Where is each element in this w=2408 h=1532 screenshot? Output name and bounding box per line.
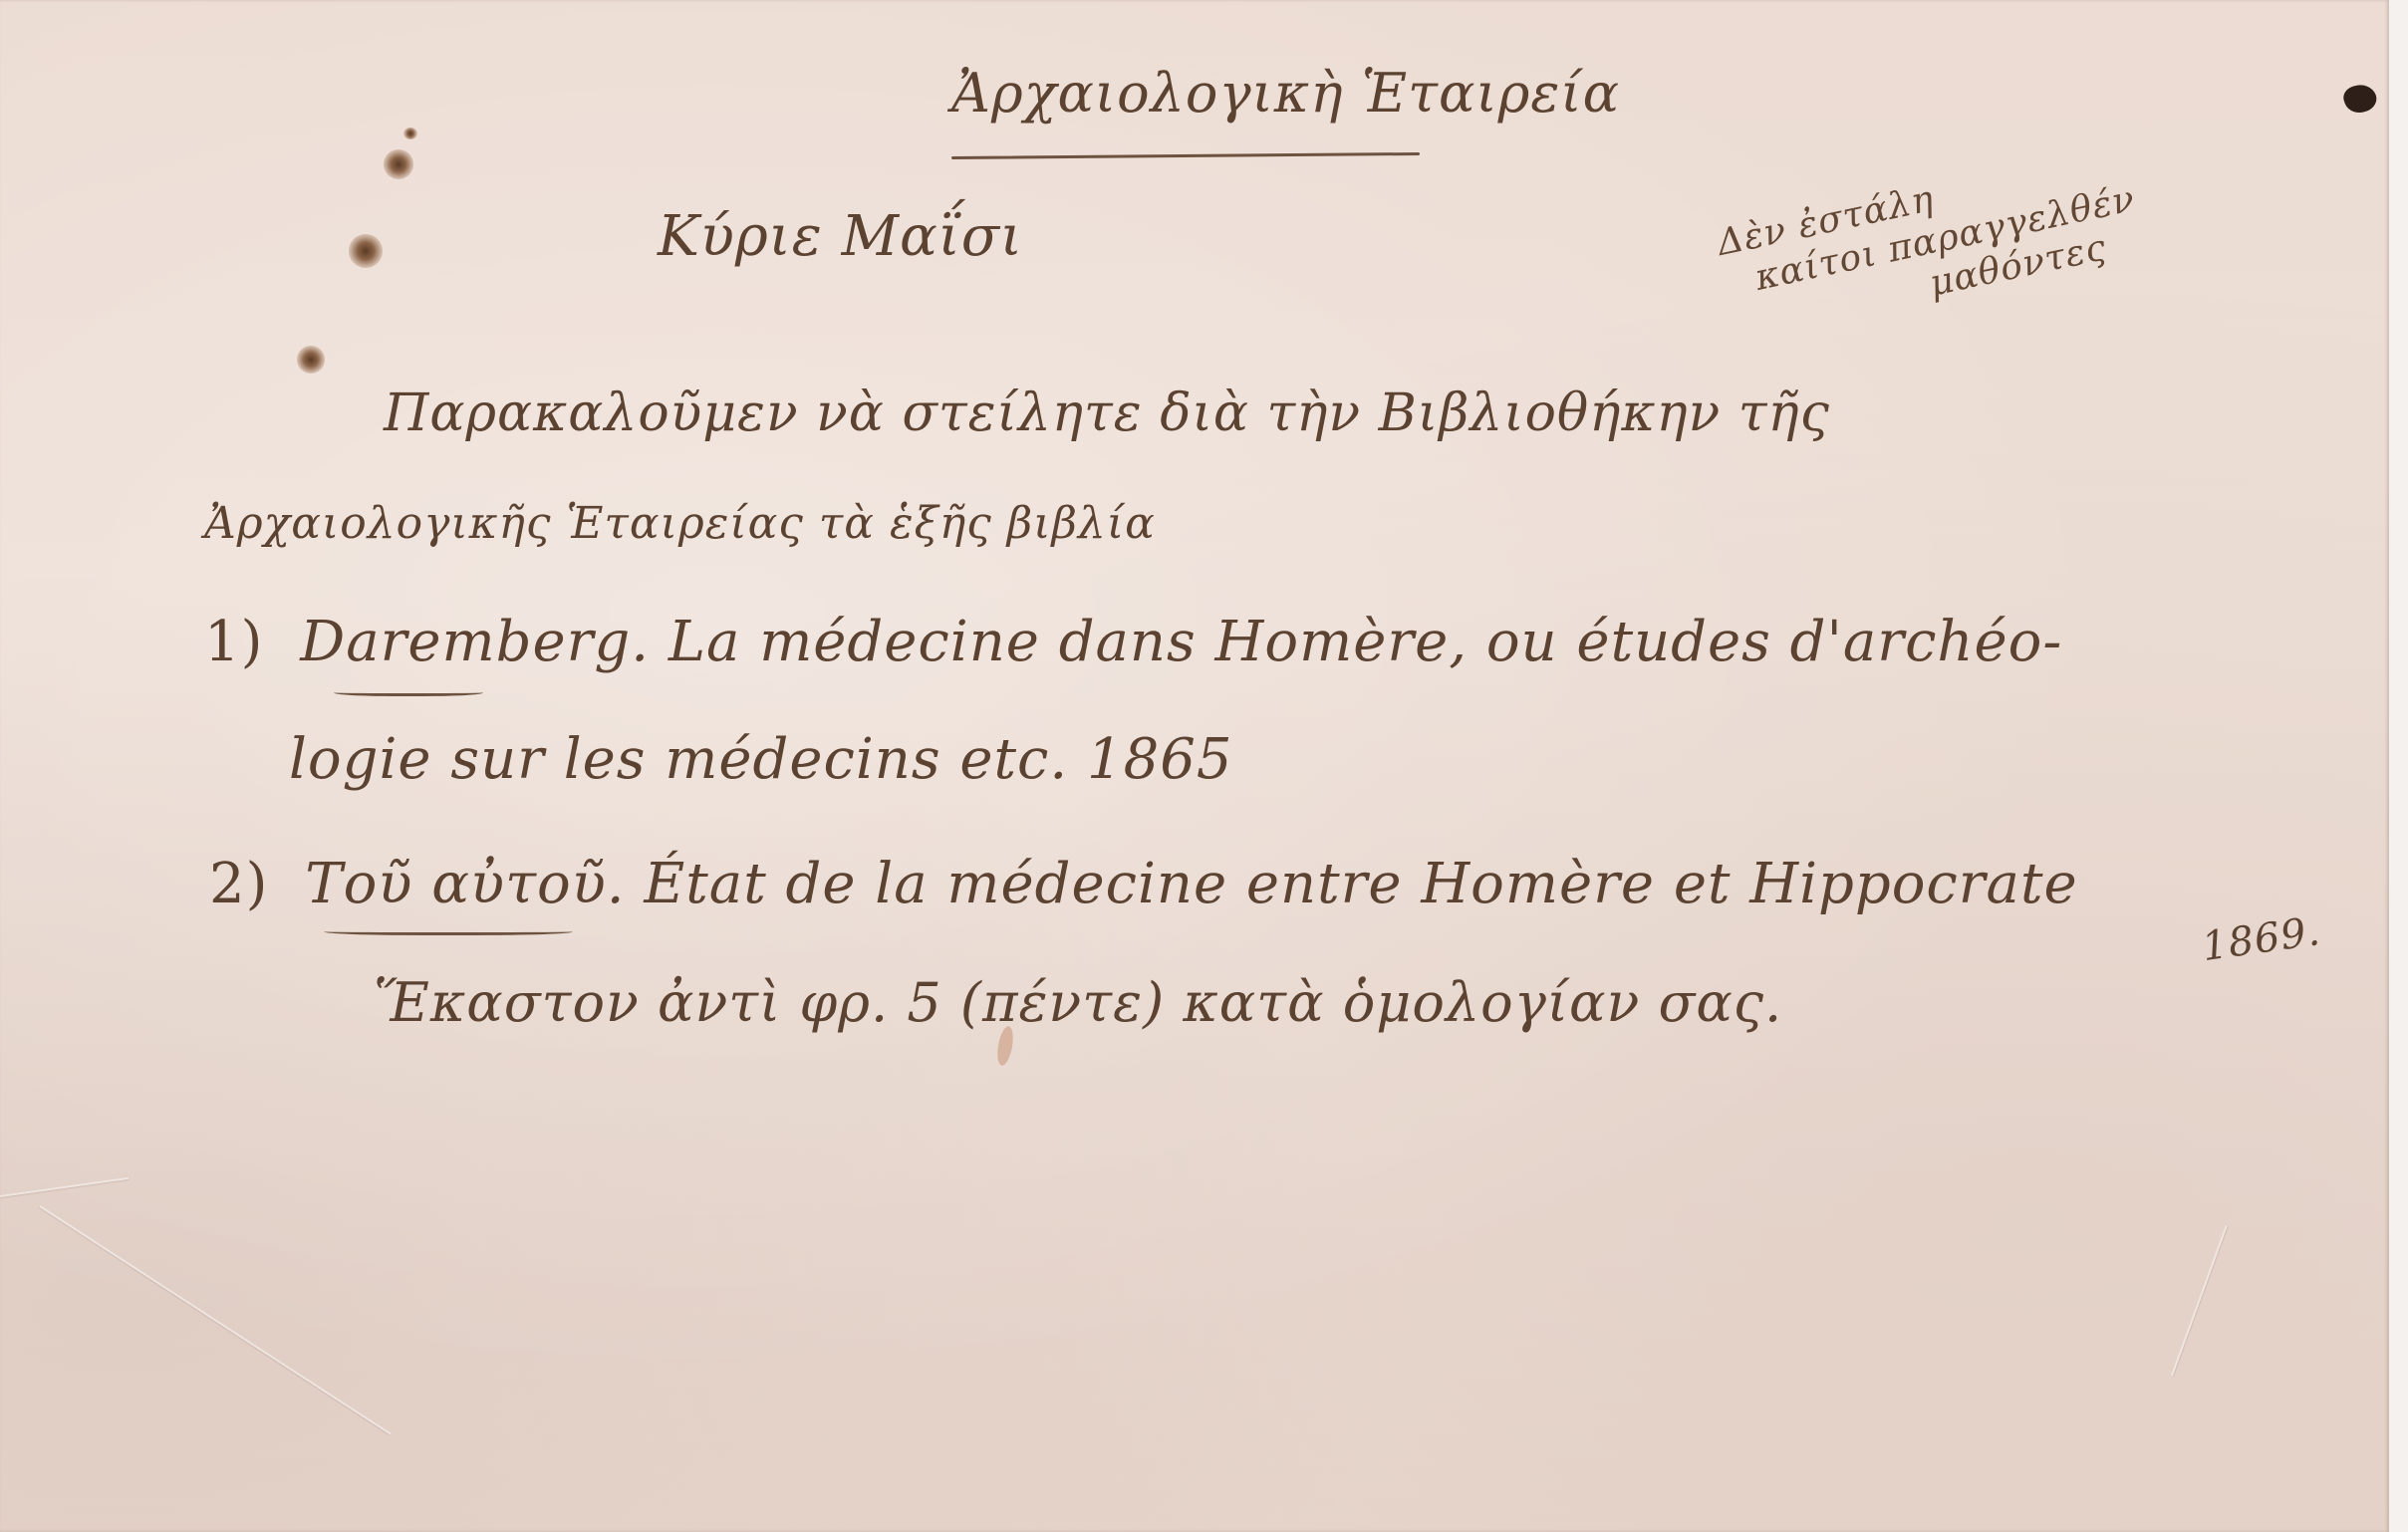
body-line: Παρακαλοῦμεν νὰ στείλητε διὰ τὴν Βιβλιοθ…	[384, 383, 1830, 443]
scan-margin	[2389, 0, 2408, 1532]
closing-line: Ἕκαστον ἀντὶ φρ. 5 (πέντε) κατὰ ὁμολογία…	[374, 971, 1782, 1034]
item-number: 1)	[204, 610, 263, 674]
pinhole-mark	[403, 128, 417, 139]
book-item-1: 1) Daremberg. La médecine dans Homère, o…	[204, 610, 2062, 674]
item-title: La médecine dans Homère, ou études d'arc…	[669, 610, 2062, 674]
margin-note: Δὲν ἐστάλη καίτοι παραγγελθέν μαθόντες	[1714, 137, 2148, 347]
author-underline	[334, 687, 483, 696]
item-number: 2)	[209, 852, 268, 916]
ink-blot	[2340, 80, 2380, 117]
pinhole-mark	[349, 234, 383, 268]
paper-crease	[39, 1205, 391, 1434]
paper-sheet: Ἀρχαιολογικὴ Ἑταιρεία Κύριε Μαΐσι Δὲν ἐσ…	[0, 0, 2389, 1532]
pinhole-mark	[297, 346, 325, 374]
item-year: 1869.	[2199, 908, 2323, 970]
body-line: Ἀρχαιολογικῆς Ἑταιρείας τὰ ἑξῆς βιβλία	[204, 498, 1156, 549]
book-item-2: 2) Τοῦ αὐτοῦ. État de la médecine entre …	[209, 852, 2078, 916]
item-title: État de la médecine entre Homère et Hipp…	[644, 852, 2077, 916]
letter-heading: Ἀρχαιολογικὴ Ἑταιρεία	[951, 62, 1620, 125]
heading-underline	[951, 152, 1420, 159]
book-item-1-continued: logie sur les médecins etc. 1865	[289, 727, 1233, 792]
item-author: Daremberg.	[300, 610, 650, 674]
paper-crease	[0, 1177, 129, 1197]
scanned-page: Ἀρχαιολογικὴ Ἑταιρεία Κύριε Μαΐσι Δὲν ἐσ…	[0, 0, 2408, 1532]
pinhole-mark	[384, 149, 413, 179]
item-author: Τοῦ αὐτοῦ.	[305, 852, 625, 916]
salutation: Κύριε Μαΐσι	[658, 204, 1023, 269]
author-underline	[324, 926, 573, 935]
paper-crease	[2171, 1225, 2228, 1376]
